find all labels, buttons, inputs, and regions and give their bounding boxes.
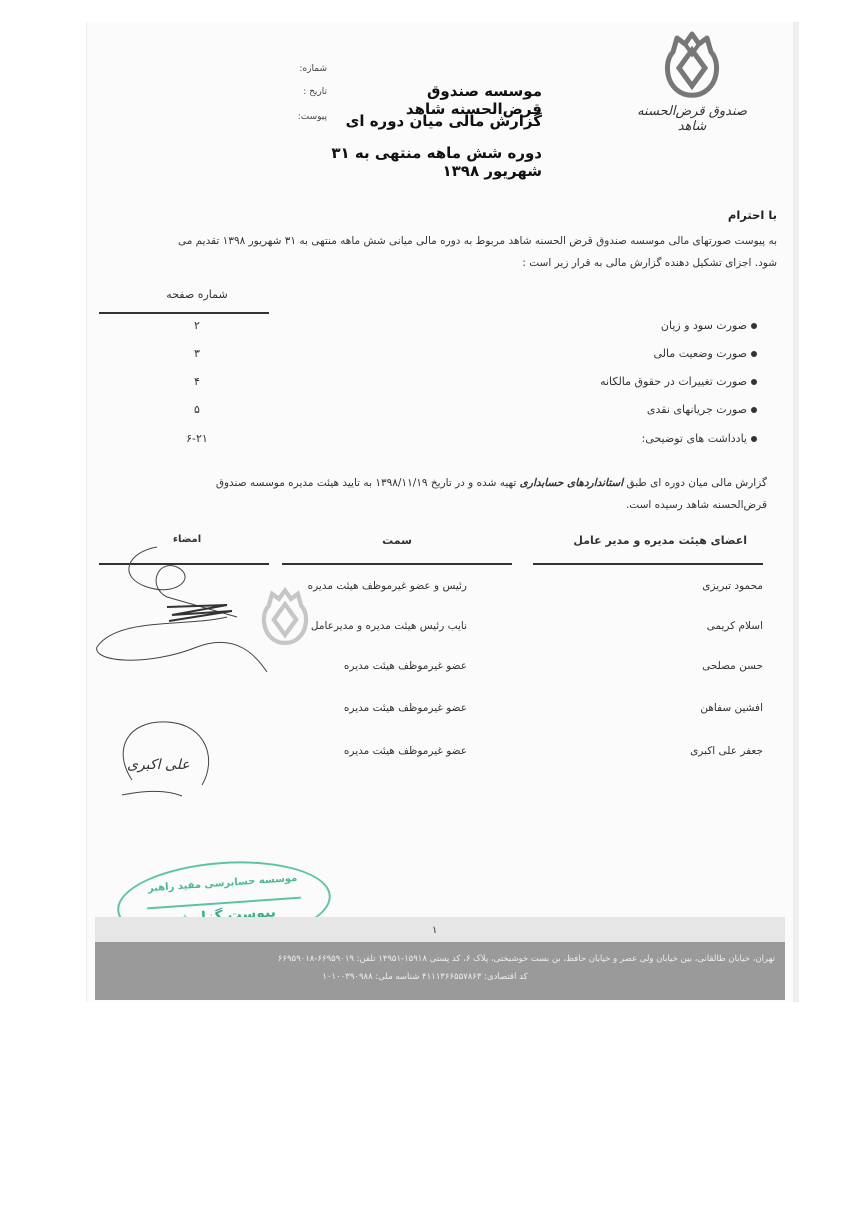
member-position: عضو غیرموظف هیئت مدیره — [247, 745, 467, 757]
member-name: جعفر علی اکبری — [533, 745, 763, 757]
report-title: گزارش مالی میان دوره ای — [332, 112, 542, 130]
tulip-logo-icon — [657, 30, 727, 100]
intro-line-1: به پیوست صورتهای مالی موسسه صندوق قرض ال… — [97, 230, 777, 252]
signature-oval-icon — [107, 710, 227, 800]
toc-page-number: ۶-۲۱ — [137, 432, 257, 445]
bullet-icon — [751, 323, 757, 329]
approval-line-2: قرض‌الحسنه شاهد رسیده است. — [97, 494, 767, 516]
toc-item: صورت وضعیت مالی — [517, 347, 757, 360]
signature-text: علی اکبری — [127, 757, 190, 773]
toc-item: یادداشت های توضیحی: — [517, 432, 757, 445]
column-header-member: اعضای هیئت مدیره و مدیر عامل — [532, 534, 747, 547]
toc-item: صورت تغییرات در حقوق مالکانه — [517, 375, 757, 388]
member-name: افشین سفاهن — [533, 702, 763, 714]
number-label: شماره: — [287, 64, 327, 74]
toc-page-number: ۴ — [137, 375, 257, 388]
emphasis-text: استانداردهای حسابداری — [520, 477, 624, 489]
toc-page-number: ۲ — [137, 319, 257, 332]
document-page: صندوق قرض‌الحسنه شاهد شماره: تاریخ : پیو… — [86, 22, 799, 1002]
member-name: محمود تبریزی — [533, 580, 763, 592]
column-header-position: سمت — [282, 534, 512, 547]
toc-page-header: شماره صفحه — [137, 288, 257, 301]
bullet-icon — [751, 436, 757, 442]
greeting: با احترام — [587, 208, 777, 222]
org-logo: صندوق قرض‌الحسنه شاهد — [632, 30, 752, 130]
member-position: عضو غیرموظف هیئت مدیره — [247, 702, 467, 714]
approval-line-1: گزارش مالی میان دوره ای طبق استانداردهای… — [97, 472, 767, 494]
bullet-icon — [751, 379, 757, 385]
header-rule-member — [533, 563, 763, 565]
intro-line-2: شود. اجزای تشکیل دهنده گزارش مالی به قرا… — [97, 252, 777, 274]
date-label: تاریخ : — [287, 87, 327, 97]
toc-header-rule — [99, 312, 269, 314]
attachment-label: پیوست: — [287, 112, 327, 122]
toc-page-number: ۵ — [137, 403, 257, 416]
toc-item: صورت سود و زیان — [517, 319, 757, 332]
member-name: اسلام کریمی — [533, 620, 763, 632]
period-title: دوره شش ماهه منتهی به ۳۱ شهریور ۱۳۹۸ — [287, 144, 542, 180]
bullet-icon — [751, 351, 757, 357]
toc-item: صورت جریانهای نقدی — [517, 403, 757, 416]
footer-address: تهران، خیابان طالقانی، بین خیابان ولی عص… — [105, 954, 775, 964]
toc-page-number: ۳ — [137, 347, 257, 360]
stamp-top-text: موسسه حسابرسی مفید راهبر — [118, 871, 328, 897]
footer-band: تهران، خیابان طالقانی، بین خیابان ولی عص… — [95, 942, 785, 1000]
footer-ids: کد اقتصادی: ۴۱۱۱۳۶۶۵۵۷۸۶۳ شناسه ملی: ۱۰۱… — [245, 972, 605, 982]
bullet-icon — [751, 407, 757, 413]
member-name: حسن مصلحی — [533, 660, 763, 672]
page-number: ۱ — [432, 925, 437, 936]
header-rule-position — [282, 563, 512, 565]
watermark-logo-icon — [255, 587, 315, 647]
footer-top-strip — [95, 917, 785, 943]
logo-caption: صندوق قرض‌الحسنه شاهد — [632, 104, 752, 134]
